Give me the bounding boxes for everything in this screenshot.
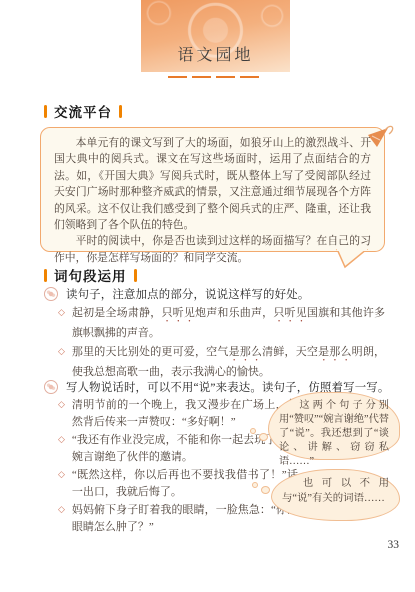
- platform-text-box: 本单元有的课文写到了大的场面，如狼牙山上的激烈战斗、开国大典中的阅兵式。课文在写…: [40, 127, 385, 252]
- section-bar-icon: [44, 269, 47, 282]
- item1-bullet-list: ◇ 起初是全场肃静，只听见炮声和乐曲声，只听见国旗和其他许多旗帜飘拂的声音。 ◇…: [58, 305, 385, 383]
- paper-plane-icon: [362, 123, 396, 153]
- sentence-text: 那里的天比别处的更可爱，空气是那么清鲜，天空是那么明朗，使我总想高歌一曲，表示我…: [72, 344, 385, 381]
- sentence-text: 清明节前的一个晚上，我又漫步在广场上，忽然背后传来一声赞叹：“多好啊！”: [72, 397, 298, 430]
- page-number: 33: [388, 539, 400, 551]
- thought-bubble-1-text: 这两个句子分别用“赞叹”“婉言谢绝”代替了“说”。我还想到了“谈论、讲解、窃窃私…: [279, 399, 389, 469]
- list-item: ◇ 那里的天比别处的更可爱，空气是那么清鲜，天空是那么明朗，使我总想高歌一曲，表…: [58, 344, 385, 381]
- platform-paragraph: 平时的阅读中，你是否也读到过这样的场面描写？在自己的习作中，你是怎样写场面的？和…: [54, 233, 371, 266]
- header-ornament: 语文园地: [141, 0, 290, 72]
- section-platform-title: 交流平台: [54, 101, 112, 121]
- list-item: ◇ “既然这样，你以后再也不要找我借书了！”话一出口，我就后悔了。: [58, 467, 298, 500]
- thought-bubble-2: 也可以不用与“说”有关的词语……: [271, 469, 400, 521]
- diamond-bullet-icon: ◇: [58, 400, 65, 430]
- list-item: ◇ 妈妈俯下身子盯着我的眼睛，一脸焦急：“你的眼睛怎么肿了？”: [58, 502, 298, 535]
- diamond-bullet-icon: ◇: [58, 470, 65, 500]
- list-item: ◇ 起初是全场肃静，只听见炮声和乐曲声，只听见国旗和其他许多旗帜飘拂的声音。: [58, 305, 385, 342]
- header-underline: [168, 76, 260, 78]
- page-title: 语文园地: [141, 42, 290, 65]
- thought-bubble-1: 这两个句子分别用“赞叹”“婉言谢绝”代替了“说”。我还想到了“谈论、讲解、窃窃私…: [268, 392, 400, 460]
- thought-trail-dot: [259, 433, 268, 441]
- textbook-page: 语文园地 交流平台 本单元有的课文写到了大的场面，如狼牙山上的激烈战斗、开国大典…: [0, 0, 415, 592]
- item2-bullet-list: ◇ 清明节前的一个晚上，我又漫步在广场上，忽然背后传来一声赞叹：“多好啊！” ◇…: [58, 397, 298, 537]
- sentence-text: “既然这样，你以后再也不要找我借书了！”话一出口，我就后悔了。: [72, 467, 298, 500]
- thought-bubble-2-text: 也可以不用与“说”有关的词语……: [282, 476, 389, 506]
- exercise-item-1-label: 读句子，注意加点的部分，说说这样写的好处。: [66, 286, 309, 302]
- section-bar-icon: [119, 105, 122, 118]
- thought-trail-dot: [261, 486, 270, 494]
- section-bar-icon: [134, 269, 137, 282]
- list-item: ◇ 清明节前的一个晚上，我又漫步在广场上，忽然背后传来一声赞叹：“多好啊！”: [58, 397, 298, 430]
- exercise-item-1: 读句子，注意加点的部分，说说这样写的好处。: [44, 286, 309, 302]
- thought-trail-dot: [252, 482, 258, 488]
- sentence-text: 起初是全场肃静，只听见炮声和乐曲声，只听见国旗和其他许多旗帜飘拂的声音。: [72, 305, 385, 342]
- flower-marker-icon: [44, 380, 58, 394]
- diamond-bullet-icon: ◇: [58, 505, 65, 535]
- section-usage-title: 词句段运用: [54, 265, 127, 285]
- speech-bubble-tail-icon: [335, 249, 369, 269]
- diamond-bullet-icon: ◇: [58, 435, 65, 465]
- flower-marker-icon: [44, 287, 58, 301]
- section-platform-header: 交流平台: [44, 101, 122, 121]
- sentence-text: 妈妈俯下身子盯着我的眼睛，一脸焦急：“你的眼睛怎么肿了？”: [72, 502, 298, 535]
- section-bar-icon: [44, 105, 47, 118]
- diamond-bullet-icon: ◇: [58, 308, 65, 342]
- thought-trail-dot: [250, 428, 256, 434]
- section-usage-header: 词句段运用: [44, 265, 137, 285]
- platform-paragraph: 本单元有的课文写到了大的场面，如狼牙山上的激烈战斗、开国大典中的阅兵式。课文在写…: [54, 135, 371, 233]
- diamond-bullet-icon: ◇: [58, 347, 65, 381]
